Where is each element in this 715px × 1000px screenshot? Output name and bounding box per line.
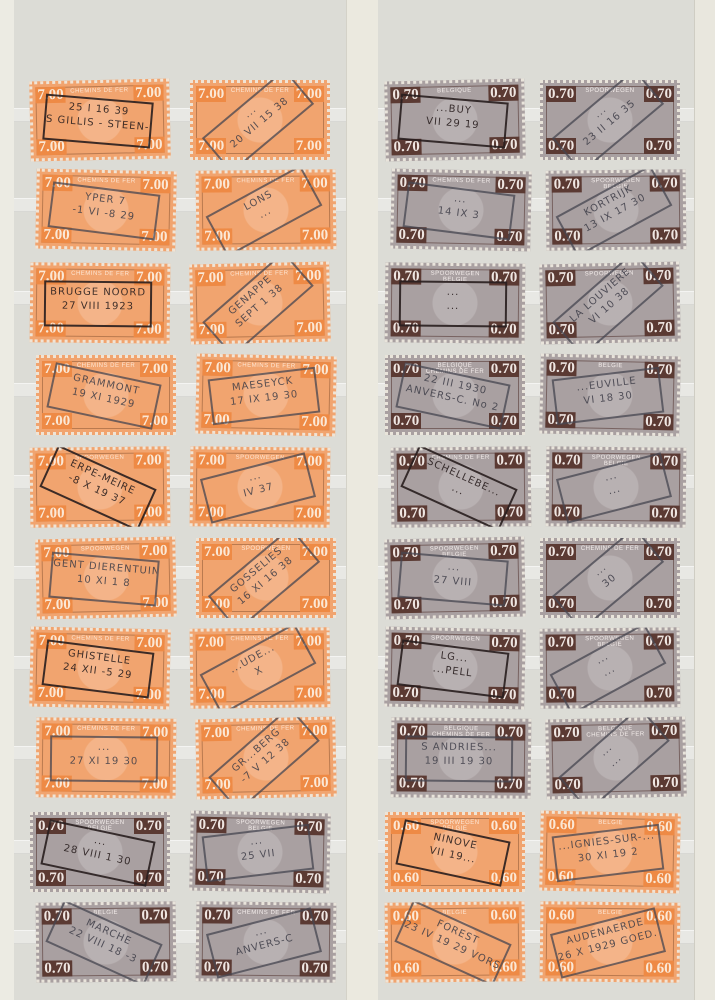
stamp[interactable]: 7.007.007.007.00SPOORWEGENERPE-MEIRE-8 X… <box>30 446 171 527</box>
stamp-value: 7.00 <box>42 413 72 429</box>
stamp-value: 7.00 <box>293 505 323 521</box>
stamp-value: 0.70 <box>545 270 576 287</box>
stamp[interactable]: 7.007.007.007.00CHEMINS DE FERLONS... <box>196 169 337 250</box>
stamp-value: 0.70 <box>196 817 227 834</box>
stamp-value: 7.00 <box>202 544 232 560</box>
stamp-value: 0.70 <box>546 634 576 650</box>
stamp-value: 0.70 <box>643 414 674 431</box>
stamp-header: CHEMINS DE FER <box>432 177 492 184</box>
stamp-value: 7.00 <box>196 452 226 468</box>
stamp-value: 7.00 <box>294 138 324 154</box>
stamp[interactable]: 0.700.700.700.70SPOORWEGEN BELGIE...... <box>540 627 681 708</box>
stamp[interactable]: 7.007.007.007.00SPOORWEGENGOSSELIES16 XI… <box>196 538 336 618</box>
stamp[interactable]: 0.700.700.700.70SPOORWEGEN BELGIE...... <box>546 446 687 527</box>
stamp-value: 0.70 <box>299 960 329 976</box>
stamp-header: CHEMINS DE FER <box>237 362 297 369</box>
stamp-header: BELGIE <box>581 819 641 826</box>
stamp-header: CHEMINS DE FER <box>76 726 136 733</box>
stamp-value: 0.70 <box>139 907 169 923</box>
stamp-value: 7.00 <box>202 360 233 377</box>
stamp[interactable]: 0.700.700.700.70BELGIQUE CHEMINS DE FER.… <box>545 717 687 800</box>
stamp[interactable]: 0.700.700.700.70SPOORWEGEN BELGIE...25 V… <box>189 811 331 894</box>
stamp[interactable]: 0.700.700.700.70SPOORWEGEN...23 II 16 35 <box>540 80 680 160</box>
stamp-value: 7.00 <box>134 635 165 652</box>
stamp[interactable]: 7.007.007.007.00CHEMINS DE FER...27 XI 1… <box>36 717 177 798</box>
stamp-value: 7.00 <box>140 177 171 194</box>
stamp-header: CHEMINS DE FER <box>71 635 131 642</box>
stamp-value: 0.70 <box>293 871 324 888</box>
postmark-line: ... <box>250 835 264 847</box>
stamp[interactable]: 7.007.007.007.00CHEMINS DE FERGENAPPESEP… <box>189 262 331 345</box>
stamp[interactable]: 0.700.700.700.70BELGIQUE CHEMINS DE FER2… <box>385 355 525 435</box>
stamp-value: 0.70 <box>650 775 681 792</box>
stamp-value: 0.70 <box>36 870 66 886</box>
stamp-value: 0.70 <box>488 543 519 560</box>
stamp-value: 0.60 <box>546 907 576 923</box>
stamp-value: 0.60 <box>643 871 674 888</box>
postmark-cancel: ...27 XI 19 30 <box>50 735 158 782</box>
postmark-line: ... <box>447 287 460 298</box>
stamp-value: 7.00 <box>294 685 324 701</box>
stamp-value: 0.70 <box>644 138 674 154</box>
postmark-line: 27 VIII 1923 <box>46 299 150 314</box>
postmark-cancel: S ANDRIES...19 III 19 30 <box>405 735 513 782</box>
postmark-line: VII 29 19 <box>400 113 505 136</box>
stamp-header: SPOORWEGEN <box>75 545 135 552</box>
postmark-line: BRUGGE NOORD <box>50 286 146 298</box>
stamp-value: 0.70 <box>546 544 576 560</box>
stamp-value: 0.60 <box>489 818 519 834</box>
stamp[interactable]: 7.007.007.007.00CHEMINS DE FER...UDE...X <box>190 627 331 708</box>
stamp-value: 0.70 <box>546 360 577 377</box>
stamp-value: 7.00 <box>196 634 226 650</box>
stamp-value: 7.00 <box>133 85 164 102</box>
postmark-line: ... <box>93 835 108 848</box>
stamp[interactable]: 7.007.007.007.00CHEMINS DE FERGRAMMONT19… <box>36 355 176 435</box>
stamp-value: 0.60 <box>643 960 673 976</box>
postmark-cancel: BRUGGE NOORD27 VIII 1923 <box>44 280 152 327</box>
postmark-line: ... <box>447 562 460 574</box>
stamp[interactable]: 0.600.600.600.60BELGIEFOREST23 IV 19 29 … <box>385 901 526 982</box>
postmark-line: S GILLIS - STEEN-CHARLEROI <box>45 113 150 136</box>
postmark-line: ... <box>604 470 619 484</box>
postmark-line: ... <box>453 193 467 205</box>
stamp-value: 0.70 <box>489 361 519 377</box>
stamp[interactable]: 0.600.600.600.60BELGIE...IGNIES-SUR-...3… <box>539 811 681 894</box>
stamp[interactable]: 0.600.600.600.60BELGIEAUDENAERDE26 X 192… <box>540 901 681 982</box>
stockbook-edge-left <box>0 0 15 1000</box>
stamp[interactable]: 7.007.007.007.00CHEMINS DE FERMAESEYCK17… <box>195 354 337 437</box>
postmark-cancel: ...27 VIII <box>397 552 508 607</box>
stamp-value: 0.60 <box>488 907 518 923</box>
postmark-line: ...BUY <box>436 103 473 117</box>
postmark-line: 19 III 19 30 <box>407 754 511 769</box>
stamp-header: BELGIE <box>581 362 641 369</box>
postmark-line: LG... <box>440 650 469 664</box>
stamp[interactable]: 7.007.007.007.00SPOORWEGENGENT DIERENTUI… <box>35 537 177 620</box>
stamp-value: 0.70 <box>644 320 675 337</box>
stockbook-gutter <box>346 0 380 1000</box>
stamp[interactable]: 0.700.700.700.70SPOORWEGEN BELGIEKORTRIJ… <box>546 169 687 250</box>
postmark-line: S ANDRIES... <box>421 742 497 754</box>
postmark-line: ... <box>254 925 269 939</box>
stamp-value: 0.70 <box>552 176 582 192</box>
stamp[interactable]: 0.700.700.700.70BELGIE...EUVILLEVI 18 30 <box>539 354 681 437</box>
stamp[interactable]: 7.007.007.007.00CHEMINS DE FERGHISTELLE2… <box>29 627 171 710</box>
stamp-header: BELGIQUE <box>424 87 484 94</box>
stamp-header: CHEMINS DE FER <box>70 271 130 278</box>
postmark-line: ... <box>248 470 263 484</box>
stamp-header: SPOORWEGEN <box>426 635 486 642</box>
stamp[interactable]: 0.700.700.700.70SPOORWEGEN BELGIE...... <box>385 262 526 343</box>
stamp-value: 0.70 <box>391 413 421 429</box>
stamp-header: CHEMINS DE FER <box>69 87 129 94</box>
stamp[interactable]: 0.700.700.700.70BELGIEMARCHE22 VIII 18 -… <box>36 901 177 982</box>
stamp-value: 0.70 <box>649 505 679 521</box>
postmark-line: 27 XI 19 30 <box>52 754 156 769</box>
postmark-cancel: ...BUYVII 29 19 <box>397 94 508 149</box>
stamp[interactable]: 0.700.700.700.70SPOORWEGENLA LOUVIEREVI … <box>539 262 681 345</box>
stamp[interactable]: 0.700.700.700.70CHEMINS DE FERSCHELLEBE.… <box>391 446 532 527</box>
postmark-line: ... <box>401 299 505 314</box>
stamp[interactable]: 0.700.700.700.70SPOORWEGEN BELGIE...28 V… <box>30 812 170 892</box>
stamp[interactable]: 7.007.007.007.00SPOORWEGEN...IV 37 <box>190 446 331 527</box>
stamp-value: 0.60 <box>546 817 577 834</box>
stamp-value: 0.70 <box>489 635 520 652</box>
stamp-value: 0.70 <box>644 596 674 612</box>
postmark-cancel: ...... <box>399 280 507 327</box>
stamp[interactable]: 0.700.700.700.70CHEMINS DE FER...14 IX 3 <box>390 169 532 252</box>
postmark-cancel: GENT DIERENTUIN10 XI 1 8 <box>48 552 159 607</box>
stamp-value: 0.70 <box>42 960 72 976</box>
stamp-value: 0.70 <box>644 685 674 701</box>
stamp-value: 7.00 <box>196 86 226 102</box>
stamp[interactable]: 7.007.007.007.00CHEMINS DE FERYPER 7-1 V… <box>35 169 177 252</box>
stamp[interactable]: 0.700.700.700.70CHEMINS DE FER...ANVERS-… <box>196 901 337 982</box>
postmark-cancel: 25 I 16 39S GILLIS - STEEN-CHARLEROI <box>42 94 153 149</box>
stamp-value: 7.00 <box>201 725 232 742</box>
stamp-value: 0.70 <box>134 818 164 834</box>
stamp-value: 7.00 <box>195 270 226 287</box>
stamp-value: 7.00 <box>300 775 331 792</box>
stamp-value: 0.70 <box>551 725 582 742</box>
stamp-value: 0.70 <box>546 86 576 102</box>
stamp-value: 7.00 <box>202 176 232 192</box>
stamp[interactable]: 0.700.700.700.70SPOORWEGEN BELGIE...27 V… <box>384 537 526 620</box>
stamp-value: 7.00 <box>299 414 330 431</box>
stamp-value: 7.00 <box>294 320 325 337</box>
stamp[interactable]: 7.007.007.007.00CHEMINS DE FER...20 VII … <box>190 80 330 160</box>
stockbook-edge-right <box>694 0 715 1000</box>
stamp-value: 7.00 <box>300 227 330 243</box>
stamp-value: 0.60 <box>391 870 421 886</box>
stamp[interactable]: 7.007.007.007.00CHEMINS DE FERBRUGGE NOO… <box>30 262 171 343</box>
stamp-value: 7.00 <box>139 543 170 560</box>
stamp-value: 0.70 <box>650 227 680 243</box>
stamp-value: 7.00 <box>133 452 163 468</box>
stamp[interactable]: 7.007.007.007.00CHEMINS DE FER25 I 16 39… <box>29 79 171 162</box>
stamp-value: 0.70 <box>494 452 524 468</box>
stamp-value: 7.00 <box>36 505 66 521</box>
stamp[interactable]: 0.700.700.700.70BELGIQUE CHEMINS DE FERS… <box>391 717 532 798</box>
stamp-header: CHEMINS DE FER <box>77 177 137 184</box>
stamp-value: 0.70 <box>488 85 519 102</box>
postmark-line: 27 VIII <box>400 571 505 594</box>
stamp-value: 0.70 <box>397 505 427 521</box>
stamp[interactable]: 0.700.700.700.70BELGIQUE...BUYVII 29 19 <box>384 79 526 162</box>
stamp-value: 7.00 <box>140 361 170 377</box>
stamp-value: 0.70 <box>495 177 526 194</box>
stamp[interactable]: 0.600.600.600.60SPOORWEGEN BELGIENINOVEV… <box>385 812 525 892</box>
stamp-value: 0.60 <box>391 960 421 976</box>
postmark-line: ... <box>98 742 111 753</box>
stamp[interactable]: 0.700.700.700.70SPOORWEGENLG......PELL <box>384 627 526 710</box>
stamp-value: 0.70 <box>552 452 582 468</box>
stamp[interactable]: 0.700.700.700.70CHEMINS DE FER...30 <box>540 538 680 618</box>
stamp-value: 7.00 <box>300 596 330 612</box>
stamp[interactable]: 7.007.007.007.00CHEMINS DE FERGR...BERG-… <box>195 717 337 800</box>
stamp-value: 0.70 <box>202 907 232 923</box>
